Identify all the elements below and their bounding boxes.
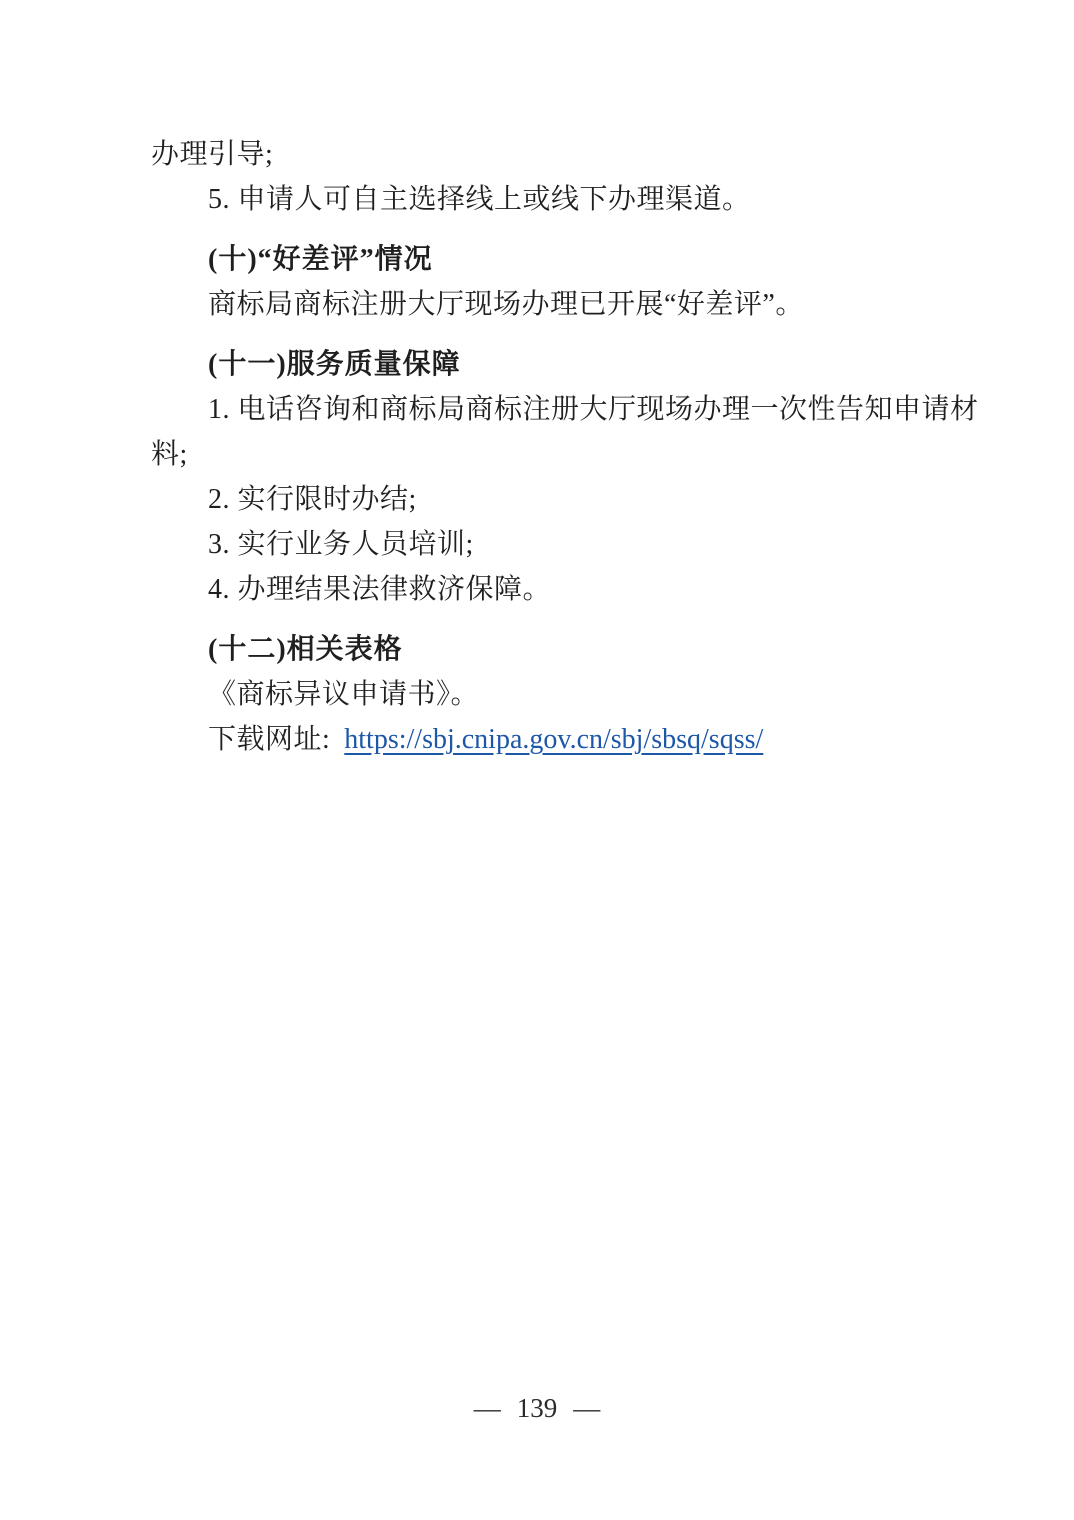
download-url-link[interactable]: https://sbj.cnipa.gov.cn/sbj/sbsq/sqss/ — [344, 724, 763, 755]
page-number-value: 139 — [517, 1392, 558, 1424]
body-line-paragraph: 商标局商标注册大厅现场办理已开展“好差评”。 — [151, 282, 915, 327]
body-line-item-4: 4. 办理结果法律救济保障。 — [151, 567, 915, 612]
body-line-form-name: 《商标异议申请书》。 — [151, 672, 915, 717]
section-heading-12: (十二)相关表格 — [151, 627, 915, 672]
body-line-item-2: 2. 实行限时办结; — [151, 477, 915, 522]
body-line-item-5: 5. 申请人可自主选择线上或线下办理渠道。 — [151, 177, 915, 222]
body-line-download: 下载网址:https://sbj.cnipa.gov.cn/sbj/sbsq/s… — [151, 717, 915, 762]
body-line-item-1: 1. 电话咨询和商标局商标注册大厅现场办理一次性告知申请材 — [151, 387, 915, 432]
document-page: 办理引导; 5. 申请人可自主选择线上或线下办理渠道。 (十)“好差评”情况 商… — [0, 0, 1074, 1520]
body-line-continuation: 办理引导; — [151, 132, 915, 177]
download-url-label: 下载网址: — [208, 724, 330, 755]
body-line-item-3: 3. 实行业务人员培训; — [151, 522, 915, 567]
section-heading-11: (十一)服务质量保障 — [151, 342, 915, 387]
body-line-continuation: 料; — [151, 432, 915, 477]
page-number-dash-left: — — [474, 1392, 501, 1424]
page-number: — 139 — — [0, 1392, 1074, 1424]
document-body: 办理引导; 5. 申请人可自主选择线上或线下办理渠道。 (十)“好差评”情况 商… — [151, 132, 915, 762]
page-number-dash-right: — — [573, 1392, 600, 1424]
section-heading-10: (十)“好差评”情况 — [151, 237, 915, 282]
